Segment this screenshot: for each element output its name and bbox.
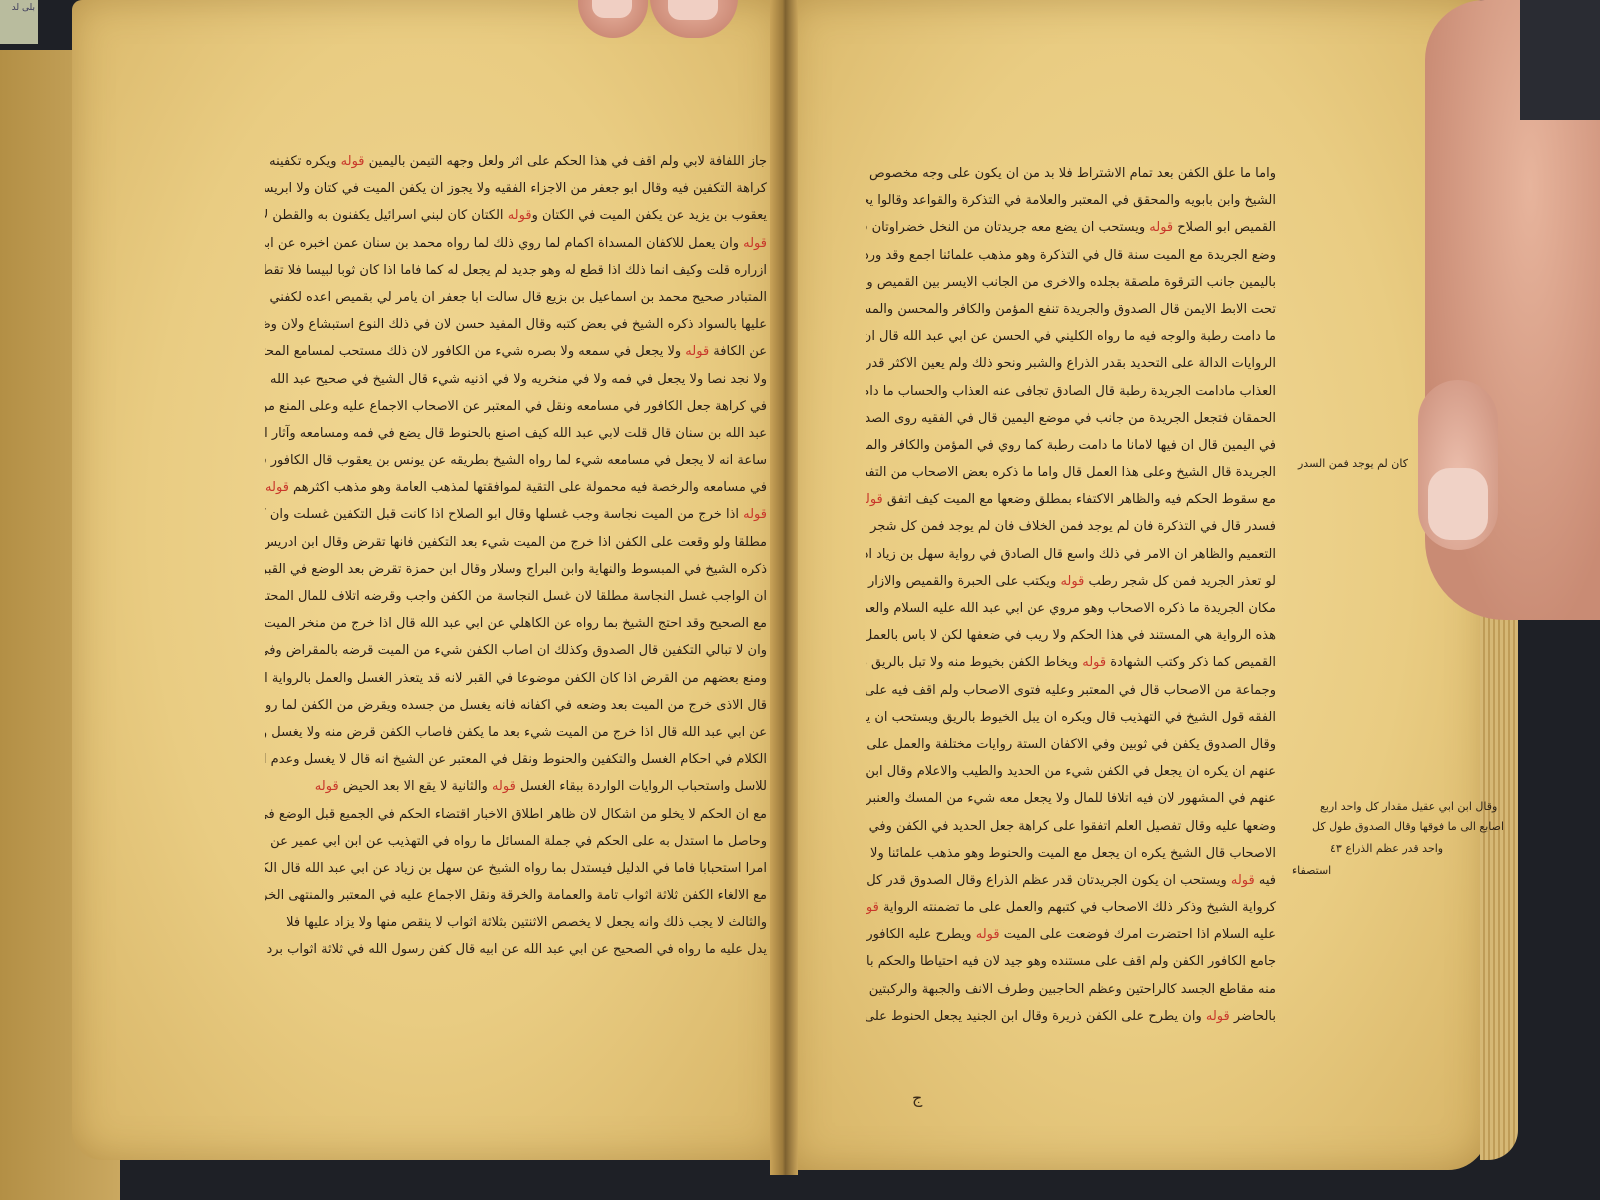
manuscript-line: في كراهة جعل الكافور في مسامعه ونقل في ا…	[265, 393, 767, 420]
manuscript-line: ولا نجد نصا ولا يجعل في فمه ولا في منخري…	[265, 366, 767, 393]
rubric-word: قوله	[743, 507, 767, 522]
manuscript-line: وقال الصدوق يكفن في ثوبين وفي الاكفان ال…	[866, 731, 1276, 758]
manuscript-line: وضعها عليه وقال تفصيل العلم اتفقوا على ك…	[866, 813, 1276, 840]
rubric-word: قوله	[1231, 873, 1255, 888]
manuscript-line: وجماعة من الاصحاب قال في المعتبر وعليه ف…	[866, 677, 1276, 704]
left-page-text: جاز اللفافة لابي ولم اقف في هذا الحكم عل…	[265, 148, 767, 964]
manuscript-line: وحاصل ما استدل به على الحكم في جملة المس…	[265, 828, 767, 855]
manuscript-line: جامع الكافور الكفن ولم اقف على مستنده وه…	[866, 948, 1276, 975]
manuscript-line: العذاب مادامت الجريدة رطبة قال الصادق تج…	[866, 378, 1276, 405]
manuscript-line: مطلقا ولو وقعت على الكفن اذا خرج من المي…	[265, 529, 767, 556]
manuscript-line: يدل عليه ما رواه في الصحيح عن ابي عبد ال…	[265, 936, 767, 963]
manuscript-line: يعقوب بن يزيد عن يكفن الميت في الكتان وق…	[265, 202, 767, 229]
rubric-word: قوله	[265, 480, 289, 495]
manuscript-line: عنهم ان يكره ان يجعل في الكفن شيء من الح…	[866, 758, 1276, 785]
rubric-word: قوله	[508, 208, 532, 223]
manuscript-line: ان الواجب غسل النجاسة مطلقا لان غسل النج…	[265, 583, 767, 610]
manuscript-line: ما دامت رطبة والوجه فيه ما رواه الكليني …	[866, 323, 1276, 350]
manuscript-line: واما ما علق الكفن بعد تمام الاشتراط فلا …	[866, 160, 1276, 187]
rubric-word: قوله	[1149, 220, 1173, 235]
manuscript-line: امرا استحبابا فاما في الدليل فيستدل بما …	[265, 855, 767, 882]
manuscript-line: مع ان الحكم لا يخلو من اشكال لان ظاهر اط…	[265, 801, 767, 828]
manuscript-line: عنهم في المشهور لان فيه اتلافا للمال ولا…	[866, 785, 1276, 812]
rubric-word: قوله	[685, 344, 709, 359]
rubric-word: قوله	[492, 779, 516, 794]
right-page-text: واما ما علق الكفن بعد تمام الاشتراط فلا …	[866, 160, 1276, 1030]
manuscript-line: عن الكافة قوله ولا يجعل في سمعه ولا بصره…	[265, 338, 767, 365]
manuscript-line: بالحاضر قوله وان يطرح على الكفن ذريرة وق…	[866, 1003, 1276, 1030]
manuscript-line: في اليمين قال ان فيها لامانا ما دامت رطب…	[866, 432, 1276, 459]
rubric-word: قوله	[866, 900, 879, 915]
manuscript-line: الجريدة قال الشيخ وعلى هذا العمل قال وام…	[866, 459, 1276, 486]
manuscript-line: كرواية الشيخ وذكر ذلك الاصحاب في كتبهم و…	[866, 894, 1276, 921]
manuscript-line: قال الاذى خرج من الميت بعد وضعه في اكفان…	[265, 692, 767, 719]
manuscript-line: عبد الله بن سنان قال قلت لابي عبد الله ك…	[265, 420, 767, 447]
manuscript-line: التعميم والظاهر ان الامر في ذلك واسع قال…	[866, 541, 1276, 568]
manuscript-line: الروايات الدالة على التحديد بقدر الذراع …	[866, 350, 1276, 377]
manuscript-line: مكان الجريدة ما ذكره الاصحاب وهو مروي عن…	[866, 595, 1276, 622]
manuscript-line: مع سقوط الحكم فيه والظاهر الاكتفاء بمطلق…	[866, 486, 1276, 513]
manuscript-line: هذه الرواية هي المستند في هذا الحكم ولا …	[866, 622, 1276, 649]
manuscript-line: ازراره قلت وكيف انما ذلك اذا قطع له وهو …	[265, 257, 767, 284]
manuscript-line: والثالث لا يجب ذلك وانه يجعل لا يخصص الا…	[265, 909, 767, 936]
manuscript-line: فسدر قال في التذكرة فان لم يوجد فمن الخل…	[866, 513, 1276, 540]
manuscript-line: عليه السلام اذا احتضرت امرك فوضعت على ال…	[866, 921, 1276, 948]
rubric-word: قوله	[976, 927, 1000, 942]
manuscript-line: عن ابي عبد الله قال اذا خرج من الميت شيء…	[265, 719, 767, 746]
margin-note-lower-4: استصفاء	[1292, 862, 1331, 879]
rubric-word: قوله	[866, 492, 883, 507]
manuscript-line: باليمين جانب الترقوة ملصقة بجلده والاخرى…	[866, 269, 1276, 296]
margin-note-lower-1: وقال ابن ابي عقيل مقدار كل واحد اربع	[1320, 798, 1497, 815]
manuscript-line: القميص كما ذكر وكتب الشهادة قوله ويخاط ا…	[866, 649, 1276, 676]
manuscript-line: وان لا تبالي التكفين قال الصدوق وكذلك ان…	[265, 637, 767, 664]
manuscript-line: في مسامعه والرخصة فيه محمولة على التقية …	[265, 474, 767, 501]
manuscript-line: فيه قوله ويستحب ان يكون الجريدتان قدر عظ…	[866, 867, 1276, 894]
corner-label: بلى لد	[0, 0, 38, 44]
rubric-word: قوله	[1060, 574, 1084, 589]
manuscript-line: ومنع بعضهم من القرض اذا كان الكفن موضوعا…	[265, 665, 767, 692]
sleeve	[1520, 0, 1600, 120]
manuscript-line: تحت الابط الايمن قال الصدوق والجريدة تنف…	[866, 296, 1276, 323]
catchword: ج	[912, 1088, 922, 1107]
manuscript-line: كراهة التكفين فيه وقال ابو جعفر من الاجز…	[265, 175, 767, 202]
margin-note-upper: كان لم يوجد فمن السدر	[1298, 455, 1408, 472]
margin-note-lower-2: اصابع الى ما فوقها وقال الصدوق طول كل	[1312, 818, 1504, 835]
thumb-nail	[1428, 468, 1488, 540]
manuscript-line: الحمقان فتجعل الجريدة من جانب في موضع ال…	[866, 405, 1276, 432]
manuscript-line: المتبادر صحيح محمد بن اسماعيل بن بزيع قا…	[265, 284, 767, 311]
manuscript-line: وضع الجريدة مع الميت سنة قال في التذكرة …	[866, 242, 1276, 269]
rubric-word: قوله	[341, 154, 365, 169]
manuscript-line: مع الالغاء الكفن ثلاثة اثواب تامة والعما…	[265, 882, 767, 909]
manuscript-line: الاصحاب قال الشيخ يكره ان يجعل مع الميت …	[866, 840, 1276, 867]
manuscript-line: عليها بالسواد ذكره الشيخ في بعض كتبه وقا…	[265, 311, 767, 338]
rubric-word: قوله	[1082, 655, 1106, 670]
manuscript-line: ساعة انه لا يجعل في مسامعه شيء لما رواه …	[265, 447, 767, 474]
manuscript-line: الكلام في احكام الغسل والتكفين والحنوط و…	[265, 746, 767, 773]
manuscript-line: الشيخ وابن بابويه والمحقق في المعتبر وال…	[866, 187, 1276, 214]
manuscript-line: القميص ابو الصلاح قوله ويستحب ان يضع معه…	[866, 214, 1276, 241]
rubric-word: قوله	[1206, 1009, 1230, 1024]
rubric-word: قوله	[315, 779, 339, 794]
manuscript-line: للاسل واستحباب الروايات الواردة ببقاء ال…	[265, 773, 767, 800]
manuscript-line: لو تعذر الجريد فمن كل شجر رطب قوله ويكتب…	[866, 568, 1276, 595]
manuscript-line: جاز اللفافة لابي ولم اقف في هذا الحكم عل…	[265, 148, 767, 175]
manuscript-line: الفقه قول الشيخ في التهذيب قال ويكره ان …	[866, 704, 1276, 731]
book-gutter	[770, 0, 798, 1175]
manuscript-line: قوله اذا خرج من الميت نجاسة وجب غسلها وق…	[265, 501, 767, 528]
manuscript-line: مع الصحيح وقد احتج الشيخ بما رواه عن الك…	[265, 610, 767, 637]
manuscript-line: قوله وان يعمل للاكفان المسداة اكمام لما …	[265, 230, 767, 257]
rubric-word: قوله	[743, 236, 767, 251]
margin-note-lower-3: واحد قدر عظم الذراع ٤٣	[1330, 840, 1443, 857]
manuscript-line: منه مقاطع الجسد كالراحتين وعظم الحاجبين …	[866, 976, 1276, 1003]
manuscript-line: ذكره الشيخ في المبسوط والنهاية وابن البر…	[265, 556, 767, 583]
